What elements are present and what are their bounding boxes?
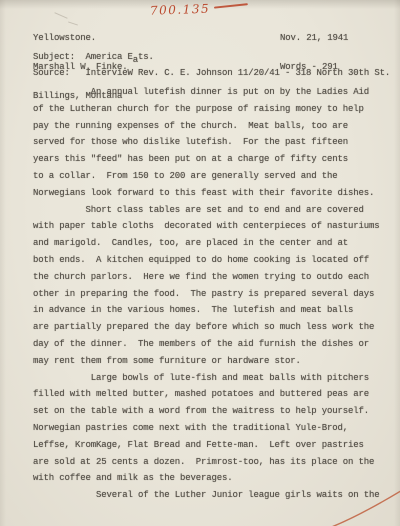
subject-value: America E bbox=[86, 52, 133, 62]
subject-dropped-letter: a bbox=[133, 55, 138, 65]
handwritten-dash bbox=[214, 3, 248, 8]
source-line: Source: IntervieW Rev. C. E. Johnson 11/… bbox=[33, 68, 390, 78]
document-page: 700.135 Yellowstone. Marshall W. Finke. … bbox=[0, 0, 400, 526]
catalog-number-handwritten: 700.135 bbox=[150, 0, 249, 17]
subject-label: Subject: bbox=[33, 52, 86, 62]
source-label: Source: bbox=[33, 68, 86, 78]
source-value: IntervieW Rev. C. E. Johnson 11/20/41 - … bbox=[86, 68, 391, 78]
document-body-text: An annual lutefish dinner is put on by t… bbox=[33, 84, 380, 504]
header-region: Yellowstone. bbox=[33, 34, 128, 44]
catalog-number: 700.135 bbox=[150, 2, 211, 18]
header-right-block: Nov. 21, 1941 Words - 291 bbox=[280, 15, 348, 92]
subject-line: Subject: America Eats. bbox=[33, 52, 154, 62]
header-date: Nov. 21, 1941 bbox=[280, 34, 348, 44]
subject-value-tail: ts. bbox=[138, 52, 154, 62]
